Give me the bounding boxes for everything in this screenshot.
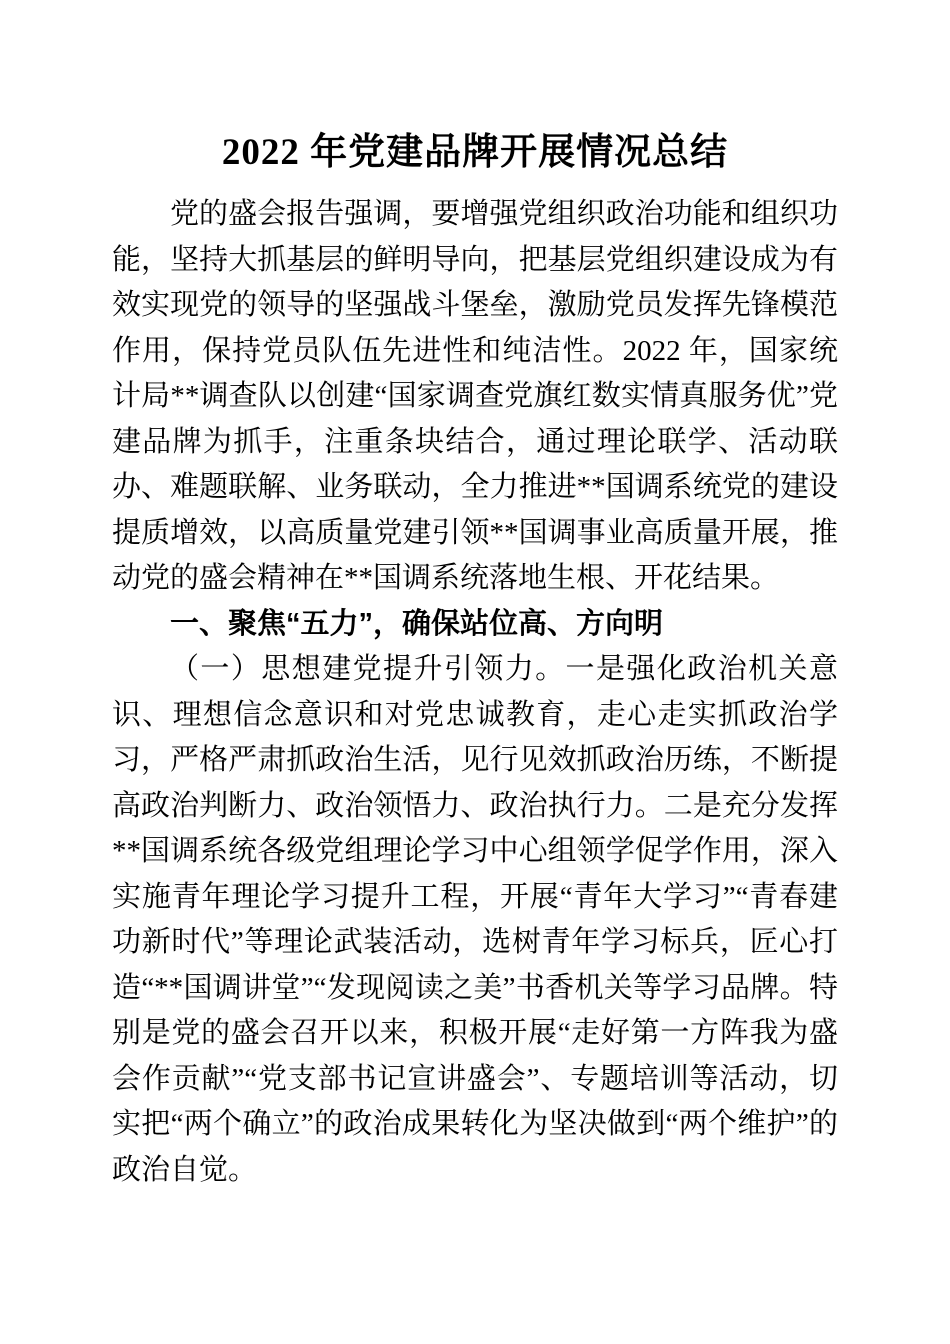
section-heading-1: 一、聚焦“五力”，确保站位高、方向明 xyxy=(112,602,838,648)
document-page: 2022 年党建品牌开展情况总结 党的盛会报告强调，要增强党组织政治功能和组织功… xyxy=(0,0,950,1344)
paragraph-intro: 党的盛会报告强调，要增强党组织政治功能和组织功能，坚持大抓基层的鲜明导向，把基层… xyxy=(112,192,838,602)
document-title: 2022 年党建品牌开展情况总结 xyxy=(112,128,838,178)
document-content: 2022 年党建品牌开展情况总结 党的盛会报告强调，要增强党组织政治功能和组织功… xyxy=(112,128,838,1193)
paragraph-section-1: （一）思想建党提升引领力。一是强化政治机关意识、理想信念意识和对党忠诚教育，走心… xyxy=(112,647,838,1193)
